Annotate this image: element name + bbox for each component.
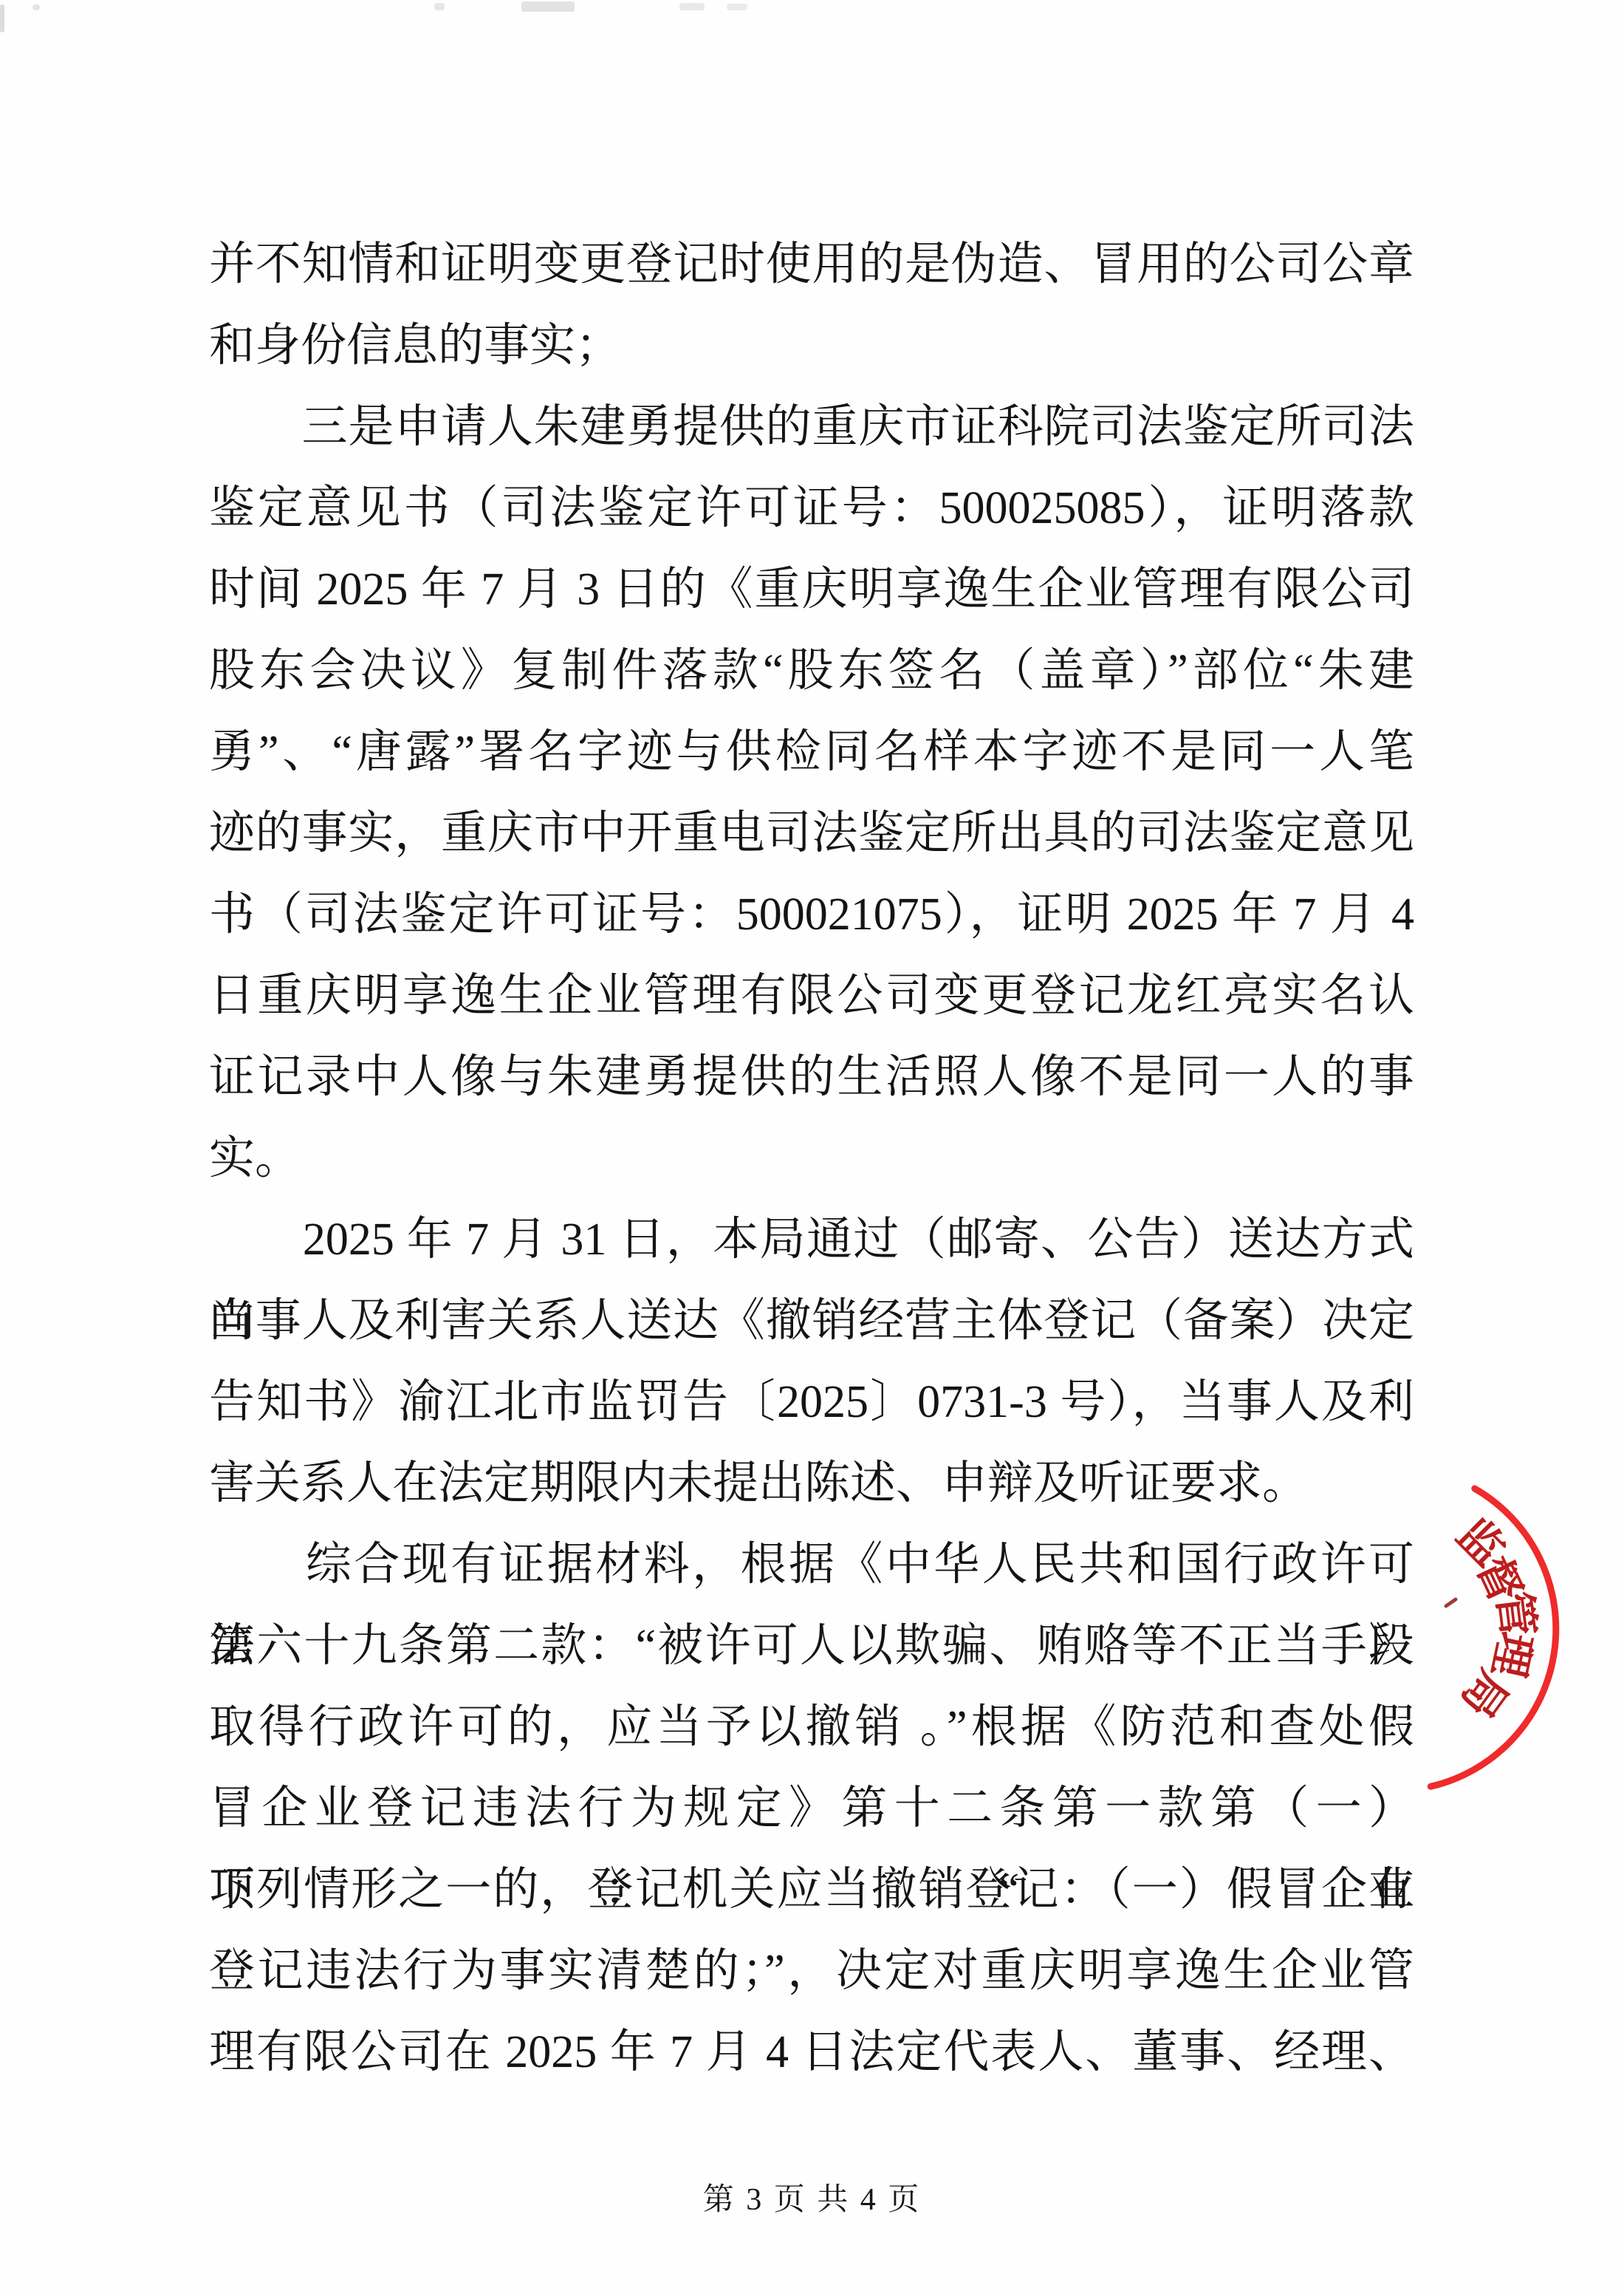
text-line: 取得行政许可的，应当予以撤销 。”根据《防范和查处假 xyxy=(209,1687,1414,1768)
text-line: 第六十九条第二款：“被许可人以欺骗、贿赂等不正当手段 xyxy=(209,1605,1414,1687)
text-line: 三是申请人朱建勇提供的重庆市证科院司法鉴定所司法 xyxy=(209,386,1414,468)
text-line: 冒企业登记违法行为规定》第十二条第一款第（一）项：“有 xyxy=(209,1768,1414,1849)
seal-character: 督 xyxy=(1467,1549,1530,1610)
text-line: 下列情形之一的，登记机关应当撤销登记：（一）假冒企业 xyxy=(209,1849,1414,1930)
scan-artifact xyxy=(32,4,40,10)
text-line: 并不知情和证明变更登记时使用的是伪造、冒用的公司公章 xyxy=(209,224,1414,305)
text-line: 证记录中人像与朱建勇提供的生活照人像不是同一人的事 xyxy=(209,1036,1414,1118)
seal-character: 局 xyxy=(1452,1661,1518,1726)
text-line: 登记违法行为事实清楚的；”，决定对重庆明享逸生企业管 xyxy=(209,1930,1414,2012)
scan-artifact xyxy=(521,1,575,12)
text-line: 理有限公司在 2025 年 7 月 4 日法定代表人、董事、经理、 xyxy=(209,2012,1414,2093)
text-line: 实。 xyxy=(209,1118,1414,1199)
text-line: 和身份信息的事实； xyxy=(209,305,1414,386)
text-line: 害关系人在法定期限内未提出陈述、申辩及听证要求。 xyxy=(209,1443,1414,1524)
scan-artifact xyxy=(727,4,747,10)
scan-artifact xyxy=(434,3,445,10)
document-page: 并不知情和证明变更登记时使用的是伪造、冒用的公司公章和身份信息的事实； 三是申请… xyxy=(0,0,1624,2296)
text-line: 迹的事实，重庆市中开重电司法鉴定所出具的司法鉴定意见 xyxy=(209,793,1414,874)
seal-character: 理 xyxy=(1483,1628,1540,1681)
seal-character: 管 xyxy=(1489,1589,1543,1639)
text-line: 鉴定意见书（司法鉴定许可证号：500025085），证明落款 xyxy=(209,468,1414,549)
seal-ink-fleck xyxy=(1446,1599,1456,1606)
text-line: 股东会决议》复制件落款“股东签名（盖章）”部位“朱建 xyxy=(209,630,1414,711)
text-line: 勇”、“唐露”署名字迹与供检同名样本字迹不是同一人笔 xyxy=(209,711,1414,793)
scan-artifact xyxy=(679,3,705,10)
seal-character: 监 xyxy=(1447,1509,1513,1575)
text-line: 时间 2025 年 7 月 3 日的《重庆明享逸生企业管理有限公司 xyxy=(209,549,1414,630)
text-line: 告知书》渝江北市监罚告〔2025〕0731-3 号），当事人及利 xyxy=(209,1361,1414,1443)
text-line: 综合现有证据材料，根据《中华人民共和国行政许可法》 xyxy=(209,1524,1414,1605)
page-number-footer: 第 3 页 共 4 页 xyxy=(0,2175,1624,2219)
text-line: 当事人及利害关系人送达《撤销经营主体登记（备案）决定 xyxy=(209,1280,1414,1361)
text-line: 日重庆明享逸生企业管理有限公司变更登记龙红亮实名认 xyxy=(209,955,1414,1036)
scan-artifact xyxy=(0,4,4,33)
seal-border-arc xyxy=(1431,1489,1556,1786)
text-line: 2025 年 7 月 31 日，本局通过（邮寄、公告）送达方式向 xyxy=(209,1199,1414,1280)
text-line: 书（司法鉴定许可证号：500021075），证明 2025 年 7 月 4 xyxy=(209,874,1414,955)
document-body-text: 并不知情和证明变更登记时使用的是伪造、冒用的公司公章和身份信息的事实； 三是申请… xyxy=(209,224,1414,2093)
